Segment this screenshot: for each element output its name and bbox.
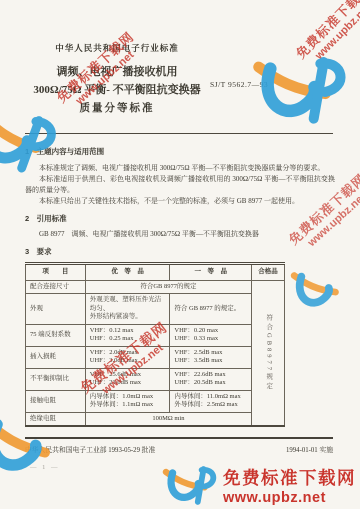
- premium-grade-value: VHF：0.12 max UHF：0.25 max: [85, 324, 170, 346]
- row-item-label: 绝缘电阻: [26, 412, 86, 426]
- table-row: 不平衡抑制比 VHF：25.6dB max UHF：23.0dB max VHF…: [26, 368, 285, 390]
- upbz-logo-icon: [162, 463, 220, 507]
- title-line-2: 300Ω/75Ω 平衡- 不平衡阻抗变换器: [0, 81, 234, 97]
- table-row: 75 端反射系数 VHF：0.12 max UHF：0.25 max VHF：0…: [26, 324, 285, 346]
- standard-class-label: 中华人民共和国电子行业标准: [0, 42, 234, 54]
- first-grade-value: VHF：2.5dB max UHF：3.5dB max: [170, 346, 252, 368]
- section-1-paragraph-2: 本标准适用于供黑白、彩色电视接收机及调频广播接收机用的 300Ω/75Ω 平衡—…: [25, 174, 335, 195]
- implementation-date: 1994-01-01 实施: [286, 444, 333, 454]
- column-header-first-grade: 一 等 品: [170, 264, 252, 281]
- table-row: 配合连接尺寸 符合GB 8977的规定 符合GB8977规定: [26, 280, 285, 294]
- first-grade-value: VHF：0.20 max UHF：0.33 max: [170, 324, 252, 346]
- pass-grade-note: 符合GB8977规定: [252, 280, 285, 426]
- document-body: 1 主题内容与适用范围 本标准规定了调频、电视广播接收机用 300Ω/75Ω 平…: [25, 140, 335, 427]
- standard-document-page: 中华人民共和国电子行业标准 调频、电视广播接收机用 300Ω/75Ω 平衡- 不…: [0, 0, 360, 509]
- title-line-1: 调频、电视广播接收机用: [0, 63, 234, 79]
- row-shared-value: 符合GB 8977的规定: [85, 280, 251, 294]
- table-header-row: 项 目 优 等 品 一 等 品 合格品: [26, 264, 285, 281]
- column-header-pass-grade: 合格品: [252, 264, 285, 281]
- watermark-site-name: 免费标准下载网: [285, 0, 360, 70]
- table-row: 绝缘电阻 100MΩ min: [26, 412, 285, 426]
- section-1-paragraph-1: 本标准规定了调频、电视广播接收机用 300Ω/75Ω 平衡—不平衡阻抗变换器质量…: [25, 163, 335, 174]
- row-item-label: 配合连接尺寸: [26, 280, 86, 294]
- standard-number: SJ/T 9562.7—93: [210, 80, 268, 89]
- header-divider: [25, 133, 333, 134]
- referenced-standard: GB 8977 调频、电视广播接收机用 300Ω/75Ω 平衡—不平衡阻抗变换器: [25, 229, 335, 240]
- footer-divider: [25, 437, 333, 439]
- column-header-item: 项 目: [26, 264, 86, 281]
- first-grade-value: 符合 GB 8977 的规定。: [170, 294, 252, 325]
- premium-grade-value: 外观美观、塑料压件光洁均匀、 外形结构紧凑等。: [85, 294, 170, 325]
- section-1-heading: 1 主题内容与适用范围: [25, 147, 335, 158]
- approval-note: 中华人民共和国电子工业部 1993-05-29 批准: [25, 444, 155, 454]
- row-item-label: 外观: [26, 294, 86, 325]
- section-1-paragraph-3: 本标准只给出了关键性技术指标，不是一个完整的标准，必须与 GB 8977 一起使…: [25, 196, 335, 207]
- table-row: 插入损耗 VHF：2.0dB max UHF：3.0dB max VHF：2.5…: [26, 346, 285, 368]
- upbz-brand-watermark: 免费标准下载网 www.upbz.net: [162, 463, 356, 507]
- row-item-label: 不平衡抑制比: [26, 368, 86, 390]
- column-header-premium-grade: 优 等 品: [85, 264, 170, 281]
- row-item-label: 75 端反射系数: [26, 324, 86, 346]
- first-grade-value: 内导体间：11.0mΩ max 外导体间：2.5mΩ max: [170, 390, 252, 412]
- section-3-heading: 3 要求: [25, 247, 335, 258]
- watermark-site-url: www.upbz.net: [296, 0, 360, 79]
- table-row: 外观 外观美观、塑料压件光洁均匀、 外形结构紧凑等。 符合 GB 8977 的规…: [26, 294, 285, 325]
- document-title: 调频、电视广播接收机用 300Ω/75Ω 平衡- 不平衡阻抗变换器 质量分等标准: [0, 63, 234, 115]
- row-item-label: 接触电阻: [26, 390, 86, 412]
- section-2-heading: 2 引用标准: [25, 214, 335, 225]
- page-number: — 1 —: [30, 464, 60, 471]
- brand-site-name: 免费标准下载网: [223, 465, 356, 490]
- title-line-3: 质量分等标准: [0, 100, 234, 115]
- row-shared-value: 100MΩ min: [85, 412, 251, 426]
- premium-grade-value: 内导体间：1.0mΩ max 外导体间：1.1mΩ max: [85, 390, 170, 412]
- table-row: 接触电阻 内导体间：1.0mΩ max 外导体间：1.1mΩ max 内导体间：…: [26, 390, 285, 412]
- requirements-table: 项 目 优 等 品 一 等 品 合格品 配合连接尺寸 符合GB 8977的规定 …: [25, 262, 285, 427]
- row-item-label: 插入损耗: [26, 346, 86, 368]
- first-grade-value: VHF：22.6dB max UHF：20.5dB max: [170, 368, 252, 390]
- premium-grade-value: VHF：25.6dB max UHF：23.0dB max: [85, 368, 170, 390]
- premium-grade-value: VHF：2.0dB max UHF：3.0dB max: [85, 346, 170, 368]
- footer: 中华人民共和国电子工业部 1993-05-29 批准 1994-01-01 实施: [25, 444, 333, 454]
- brand-site-url: www.upbz.net: [223, 490, 326, 506]
- brand-text: 免费标准下载网 www.upbz.net: [223, 465, 356, 506]
- upbz-logo-icon: [252, 52, 352, 127]
- watermark-text: 免费标准下载网 www.upbz.net: [285, 0, 360, 79]
